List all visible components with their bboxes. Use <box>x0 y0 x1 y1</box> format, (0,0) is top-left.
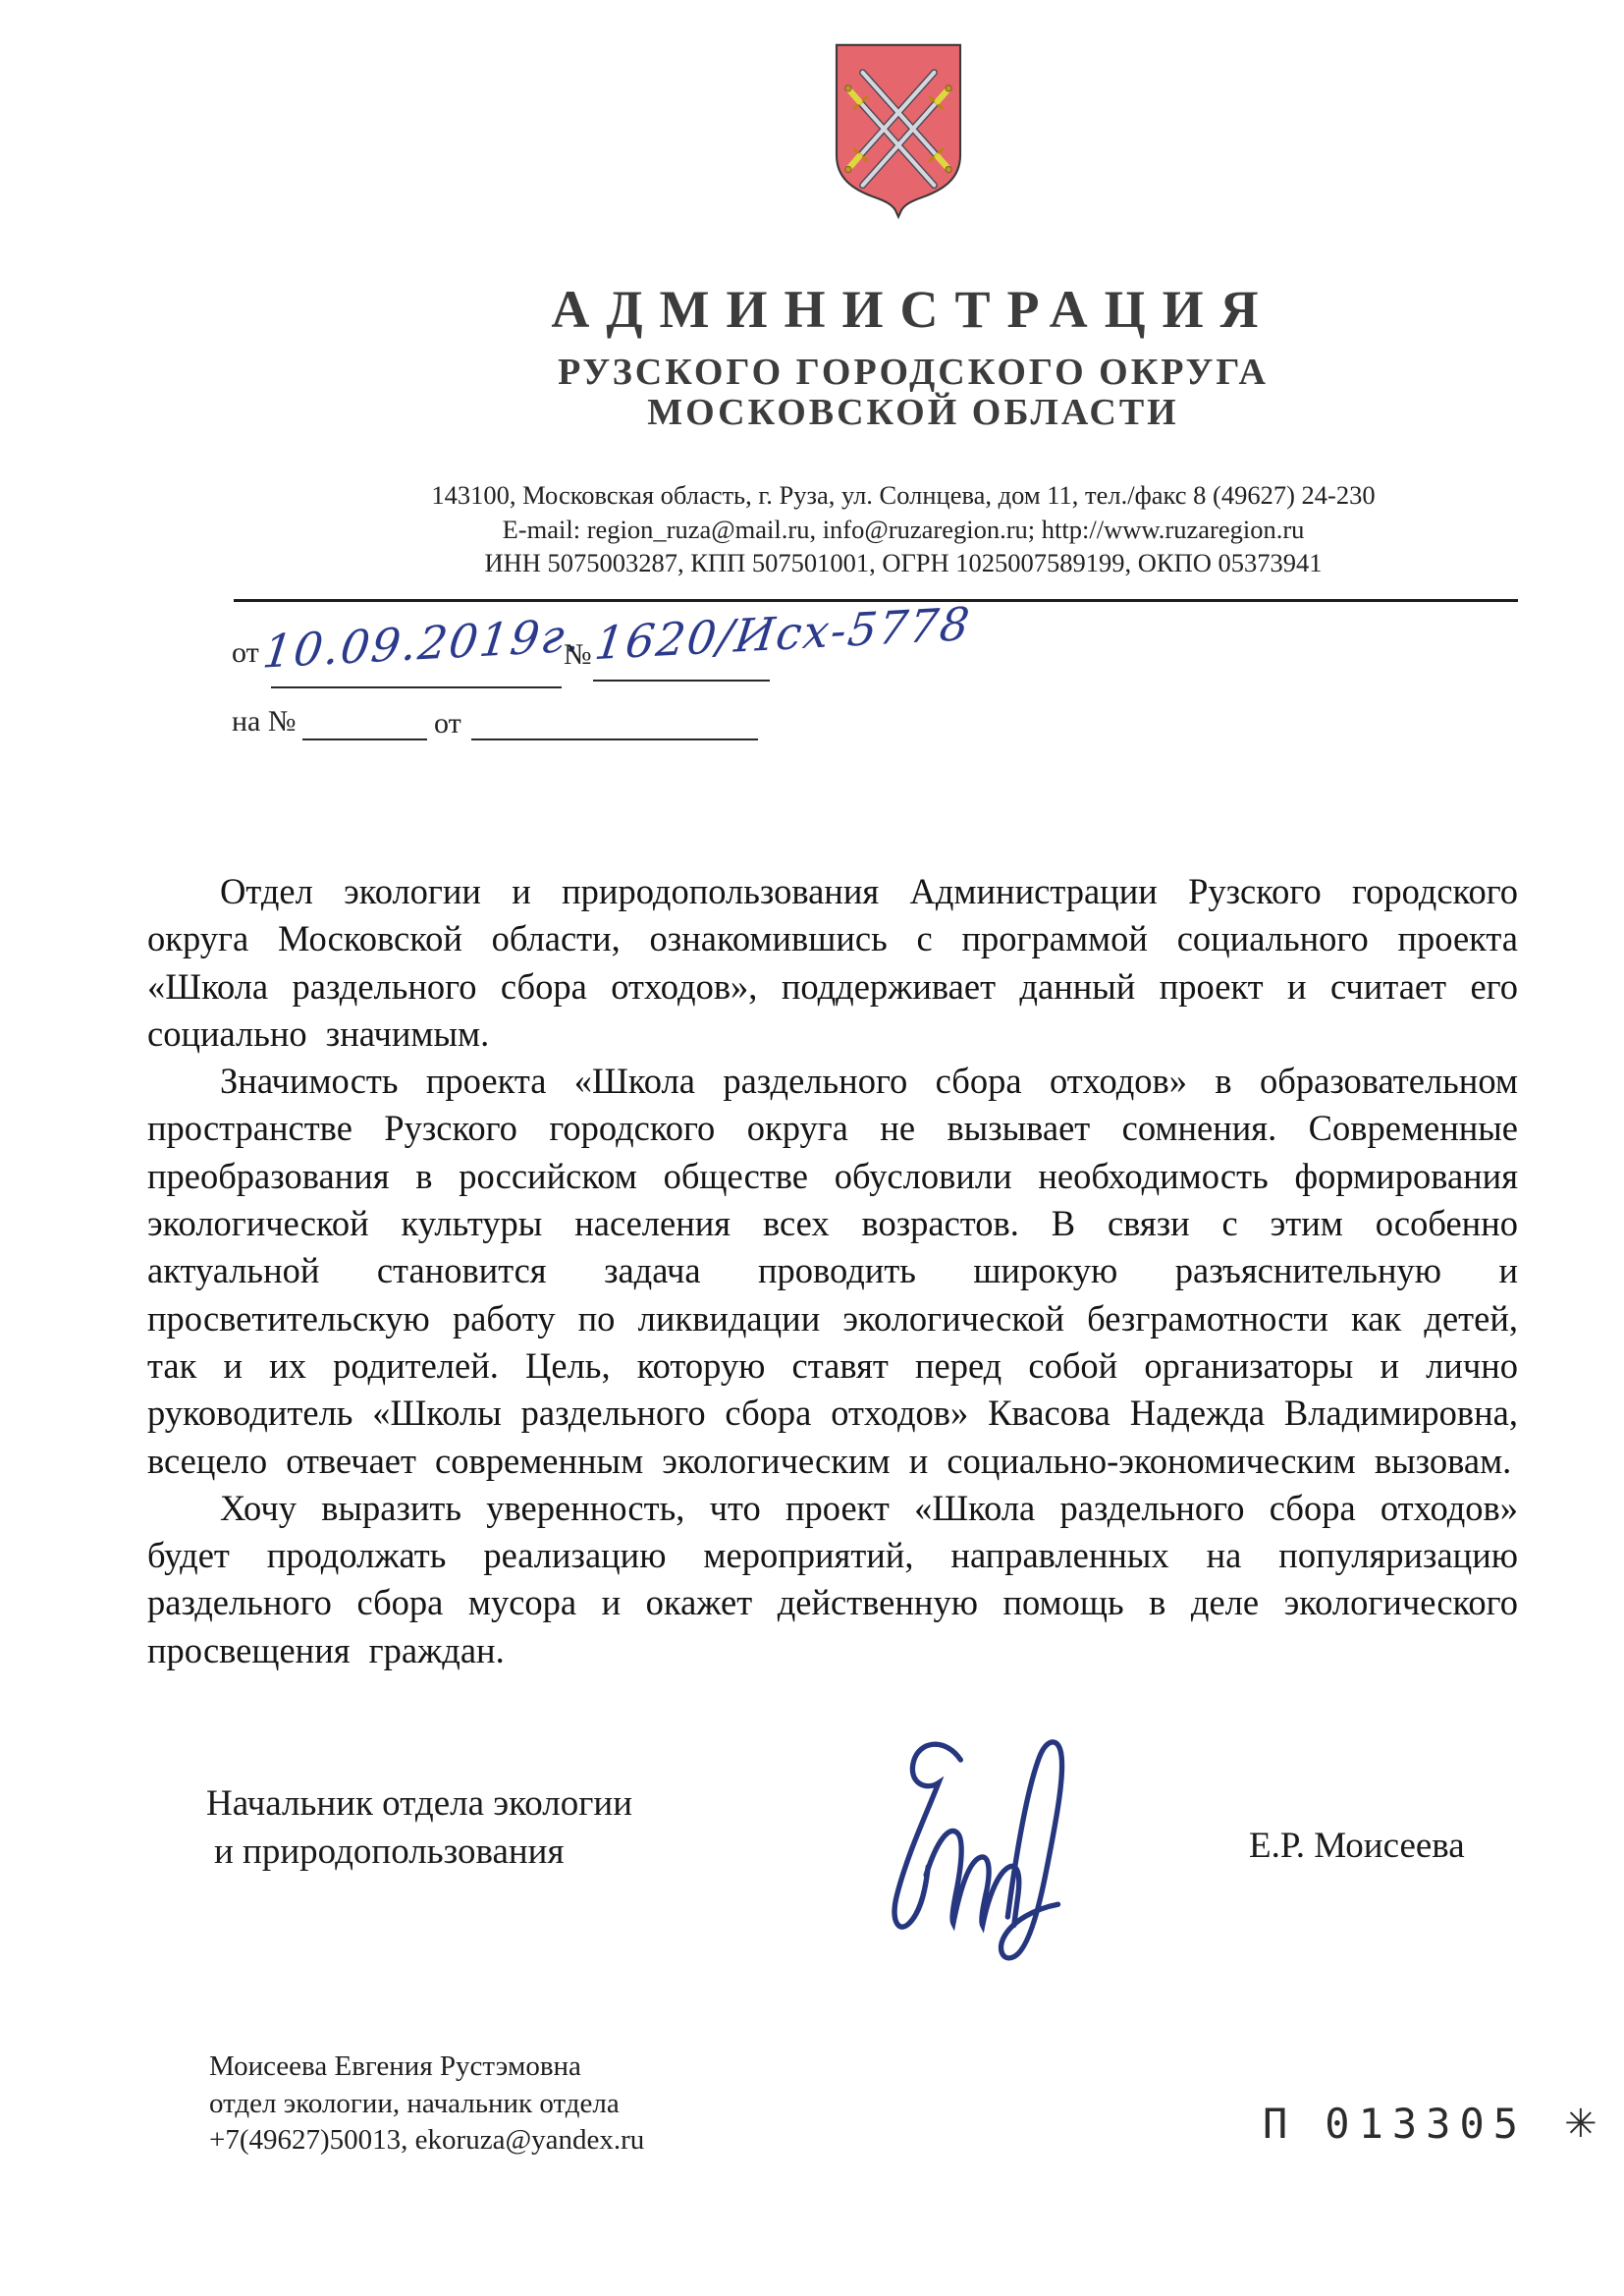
stamp-number: 013305 <box>1325 2100 1527 2148</box>
paragraph-2: Значимость проекта «Школа раздельного сб… <box>147 1058 1518 1485</box>
letter-body: Отдел экологии и природопользования Адми… <box>147 868 1518 1674</box>
paragraph-1: Отдел экологии и природопользования Адми… <box>147 868 1518 1058</box>
date-label: от <box>232 636 259 670</box>
scanned-letter-page: АДМИНИСТРАЦИЯ РУЗСКОГО ГОРОДСКОГО ОКРУГА… <box>0 0 1624 2296</box>
letterhead-contacts: 143100, Московская область, г. Руза, ул.… <box>196 478 1610 580</box>
paragraph-3: Хочу выразить уверенность, что проект «Ш… <box>147 1485 1518 1674</box>
reply-date-underline <box>471 738 758 740</box>
reply-number-underline <box>302 738 427 740</box>
org-name-line3: МОСКОВСКОЙ ОБЛАСТИ <box>206 393 1620 432</box>
registration-stamp: П 013305 ✳ <box>1263 2100 1597 2148</box>
shield-shape <box>837 45 960 217</box>
address-line: 143100, Московская область, г. Руза, ул.… <box>196 478 1610 513</box>
ruza-coat-of-arms <box>830 39 967 222</box>
stamp-letter: П <box>1263 2100 1287 2148</box>
requisites-line: ИНН 5075003287, КПП 507501001, ОГРН 1025… <box>196 546 1610 580</box>
handwritten-number: 1620/Исх-5778 <box>592 597 974 670</box>
org-name-line1: АДМИНИСТРАЦИЯ <box>206 277 1620 342</box>
signer-job-title-line2: и природопользования <box>206 1828 632 1876</box>
executor-name: Моисеева Евгения Рустэмовна <box>209 2049 644 2086</box>
date-underline <box>271 686 562 688</box>
signature-autograph <box>846 1728 1127 1980</box>
signer-job-title-line1: Начальник отдела экологии <box>206 1779 632 1828</box>
reply-number-label: на № <box>232 705 297 738</box>
number-underline <box>593 680 770 682</box>
executor-block: Моисеева Евгения Рустэмовна отдел эколог… <box>209 2049 644 2159</box>
number-label: № <box>564 638 592 672</box>
executor-position: отдел экологии, начальник отдела <box>209 2086 644 2123</box>
letterhead-org-name: АДМИНИСТРАЦИЯ РУЗСКОГО ГОРОДСКОГО ОКРУГА… <box>206 277 1620 432</box>
executor-phone-email: +7(49627)50013, ekoruza@yandex.ru <box>209 2122 644 2159</box>
org-name-line2: РУЗСКОГО ГОРОДСКОГО ОКРУГА <box>206 352 1620 393</box>
email-line: E-mail: region_ruza@mail.ru, info@ruzare… <box>196 513 1610 547</box>
handwritten-date: 10.09.2019г. <box>260 608 585 678</box>
signer-job-title: Начальник отдела экологии и природопольз… <box>206 1779 632 1876</box>
stamp-asterisk-icon: ✳ <box>1564 2102 1597 2147</box>
reply-date-label: от <box>434 707 461 740</box>
signer-name: Е.Р. Моисеева <box>1249 1825 1465 1867</box>
